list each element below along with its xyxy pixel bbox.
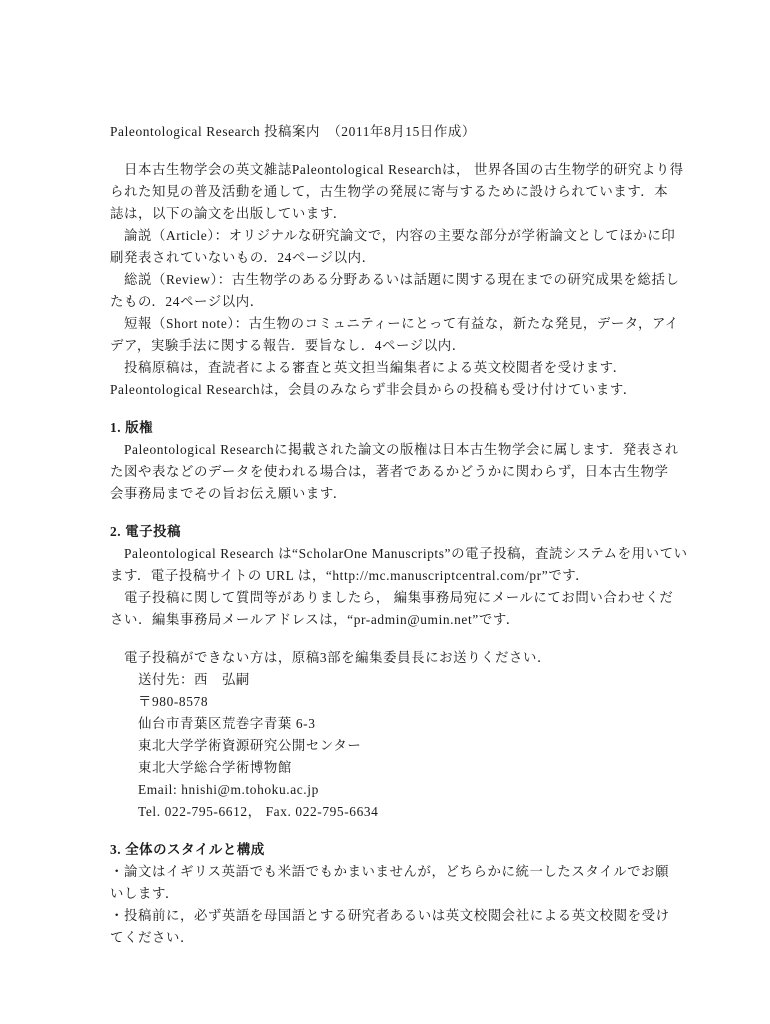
- submission-url-line: ます．電子投稿サイトの URL は，“http://mc.manuscriptc…: [110, 568, 589, 584]
- address-email: Email: hnishi@m.tohoku.ac.jp: [138, 782, 319, 798]
- section2-line: 電子投稿に関して質問等がありましたら， 編集事務局宛にメールにてお問い合わせくだ: [124, 590, 673, 606]
- document-title: Paleontological Research 投稿案内 （2011年8月15…: [110, 124, 476, 140]
- intro-line: デア，実験手法に関する報告．要旨なし．4ページ以内．: [110, 338, 466, 354]
- address-street: 仙台市青葉区荒巻字青葉 6-3: [138, 716, 316, 732]
- intro-line: たもの．24ページ以内．: [110, 294, 264, 310]
- address-phone-fax: Tel. 022-795-6612， Fax. 022-795-6634: [138, 804, 378, 820]
- address-recipient: 送付先：西 弘嗣: [138, 672, 250, 688]
- article-type-review: 総説（Review）：古生物学のある分野あるいは話題に関する現在までの研究成果を…: [124, 272, 679, 288]
- intro-line: 日本古生物学会の英文雑誌Paleontological Researchは， 世…: [124, 162, 684, 178]
- admin-email-line: さい．編集事務局メールアドレスは，“pr-admin@umin.net”です．: [110, 612, 520, 628]
- address-institution: 東北大学学術資源研究公開センター: [138, 738, 361, 754]
- intro-line: 刷発表されていないもの．24ページ以内．: [110, 250, 376, 266]
- section2-line: Paleontological Research は“ScholarOne Ma…: [124, 546, 688, 562]
- intro-line: 誌は，以下の論文を出版しています．: [110, 206, 347, 222]
- intro-line: られた知見の普及活動を通して，古生物学の発展に寄与するために設けられています．本: [110, 184, 668, 200]
- section-heading-electronic-submission: 2. 電子投稿: [110, 524, 181, 540]
- section3-line: てください．: [110, 930, 194, 946]
- section1-line: た図や表などのデータを使われる場合は，著者であるかどうかに関わらず，日本古生物学: [110, 464, 669, 480]
- postal-note: 電子投稿ができない方は，原稿3部を編集委員長にお送りください．: [124, 650, 551, 666]
- document-page: Paleontological Research 投稿案内 （2011年8月15…: [0, 0, 770, 1024]
- section-heading-copyright: 1. 版権: [110, 420, 153, 436]
- section3-line: いします．: [110, 886, 179, 902]
- section3-line: ・論文はイギリス英語でも米語でもかまいませんが，どちらかに統一したスタイルでお願: [110, 864, 669, 880]
- address-postcode: 〒980-8578: [138, 694, 208, 710]
- section1-line: 会事務局までその旨お伝え願います．: [110, 486, 347, 502]
- section3-line: ・投稿前に，必ず英語を母国語とする研究者あるいは英文校閲会社による英文校閲を受け: [110, 908, 670, 924]
- section-heading-style: 3. 全体のスタイルと構成: [110, 842, 265, 858]
- article-type-article: 論説（Article）：オリジナルな研究論文で，内容の主要な部分が学術論文として…: [124, 228, 675, 244]
- intro-line: Paleontological Researchは，会員のみならず非会員からの投…: [110, 382, 637, 398]
- article-type-short-note: 短報（Short note）：古生物のコミュニティーにとって有益な，新たな発見，…: [124, 316, 679, 332]
- intro-line: 投稿原稿は，査読者による審査と英文担当編集者による英文校閲者を受けます．: [124, 360, 627, 376]
- address-museum: 東北大学総合学術博物館: [138, 760, 292, 776]
- section1-line: Paleontological Researchに掲載された論文の版権は日本古生…: [124, 442, 679, 458]
